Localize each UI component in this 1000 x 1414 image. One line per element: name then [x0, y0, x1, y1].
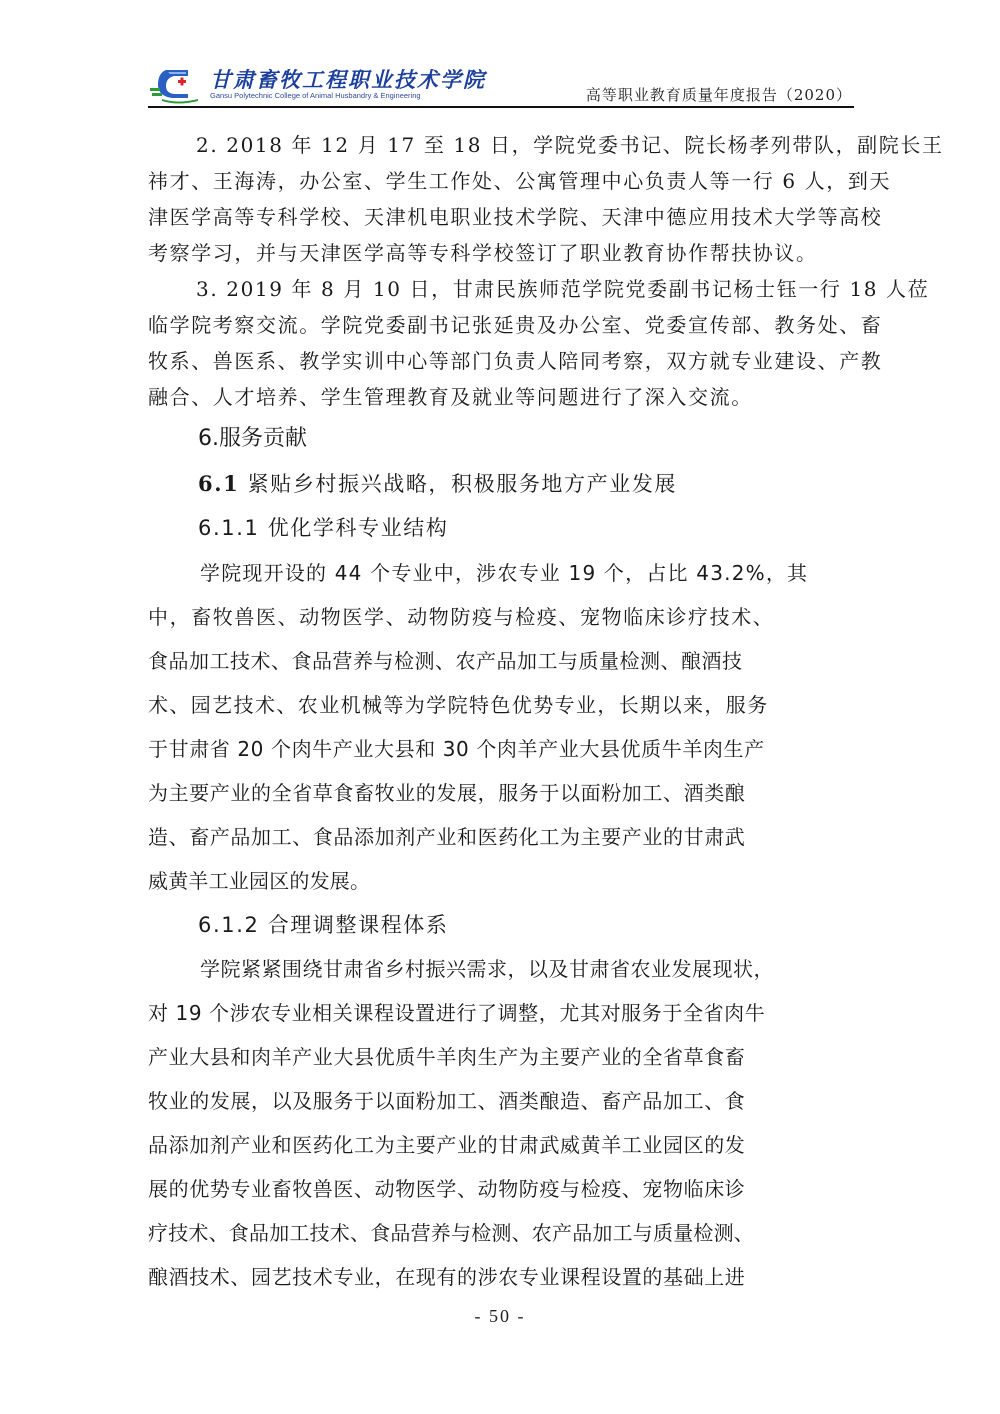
paragraph-line: 2. 2018 年 12 月 17 至 18 日，学院党委书记、院长杨孝列带队，…	[196, 132, 854, 158]
college-logo-icon	[148, 66, 204, 104]
paragraph-line: 学院紧紧围绕甘肃省乡村振兴需求，以及甘肃省农业发展现状，	[200, 956, 854, 982]
section-6-heading: 6.服务贡献	[198, 426, 904, 452]
paragraph-line: 融合、人才培养、学生管理教育及就业等问题进行了深入交流。	[148, 384, 854, 410]
section-6-1-heading: 6.1 紧贴乡村振兴战略，积极服务地方产业发展	[198, 471, 904, 497]
page-header: 甘肃畜牧工程职业技术学院 Gansu Polytechnic College o…	[148, 62, 854, 108]
paragraph-line: 对 19 个涉农专业相关课程设置进行了调整，尤其对服务于全省肉牛	[148, 1000, 854, 1026]
paragraph-line: 学院现开设的 44 个专业中，涉农专业 19 个，占比 43.2%，其	[200, 560, 854, 586]
paragraph-line: 品添加剂产业和医药化工为主要产业的甘肃武威黄羊工业园区的发	[148, 1132, 854, 1158]
section-6-1-1-heading: 6.1.1 优化学科专业结构	[198, 515, 904, 541]
college-name-en: Gansu Polytechnic College of Animal Husb…	[210, 91, 421, 100]
paragraph-line: 威黄羊工业园区的发展。	[148, 868, 854, 894]
header-divider	[148, 106, 854, 108]
page-number: - 50 -	[0, 1306, 1000, 1327]
section-number: 6.1	[198, 471, 239, 496]
section-title: 紧贴乡村振兴战略，积极服务地方产业发展	[248, 472, 677, 496]
paragraph-line: 术、园艺技术、农业机械等为学院特色优势专业，长期以来，服务	[148, 692, 854, 718]
paragraph-line: 祎才、王海涛，办公室、学生工作处、公寓管理中心负责人等一行 6 人，到天	[148, 168, 854, 194]
paragraph-line: 考察学习，并与天津医学高等专科学校签订了职业教育协作帮扶协议。	[148, 240, 854, 266]
section-6-1-2-heading: 6.1.2 合理调整课程体系	[198, 912, 904, 938]
paragraph-line: 于甘肃省 20 个肉牛产业大县和 30 个肉羊产业大县优质牛羊肉生产	[148, 736, 854, 762]
paragraph-line: 展的优势专业畜牧兽医、动物医学、动物防疫与检疫、宠物临床诊	[148, 1176, 854, 1202]
report-title: 高等职业教育质量年度报告（2020）	[586, 84, 852, 105]
paragraph-line: 造、畜产品加工、食品添加剂产业和医药化工为主要产业的甘肃武	[148, 824, 854, 850]
paragraph-line: 酿酒技术、园艺技术专业，在现有的涉农专业课程设置的基础上进	[148, 1264, 854, 1290]
paragraph-line: 产业大县和肉羊产业大县优质牛羊肉生产为主要产业的全省草食畜	[148, 1044, 854, 1070]
paragraph-line: 为主要产业的全省草食畜牧业的发展，服务于以面粉加工、酒类酿	[148, 780, 854, 806]
paragraph-line: 食品加工技术、食品营养与检测、农产品加工与质量检测、酿酒技	[148, 648, 854, 674]
college-name-cn: 甘肃畜牧工程职业技术学院	[210, 64, 486, 94]
paragraph-line: 津医学高等专科学校、天津机电职业技术学院、天津中德应用技术大学等高校	[148, 204, 854, 230]
paragraph-line: 疗技术、食品加工技术、食品营养与检测、农产品加工与质量检测、	[148, 1220, 854, 1246]
paragraph-line: 牧系、兽医系、教学实训中心等部门负责人陪同考察，双方就专业建设、产教	[148, 348, 854, 374]
paragraph-line: 牧业的发展，以及服务于以面粉加工、酒类酿造、畜产品加工、食	[148, 1088, 854, 1114]
paragraph-line: 中，畜牧兽医、动物医学、动物防疫与检疫、宠物临床诊疗技术、	[148, 604, 854, 630]
paragraph-line: 临学院考察交流。学院党委副书记张延贵及办公室、党委宣传部、教务处、畜	[148, 312, 854, 338]
paragraph-line: 3. 2019 年 8 月 10 日，甘肃民族师范学院党委副书记杨士钰一行 18…	[196, 276, 854, 302]
